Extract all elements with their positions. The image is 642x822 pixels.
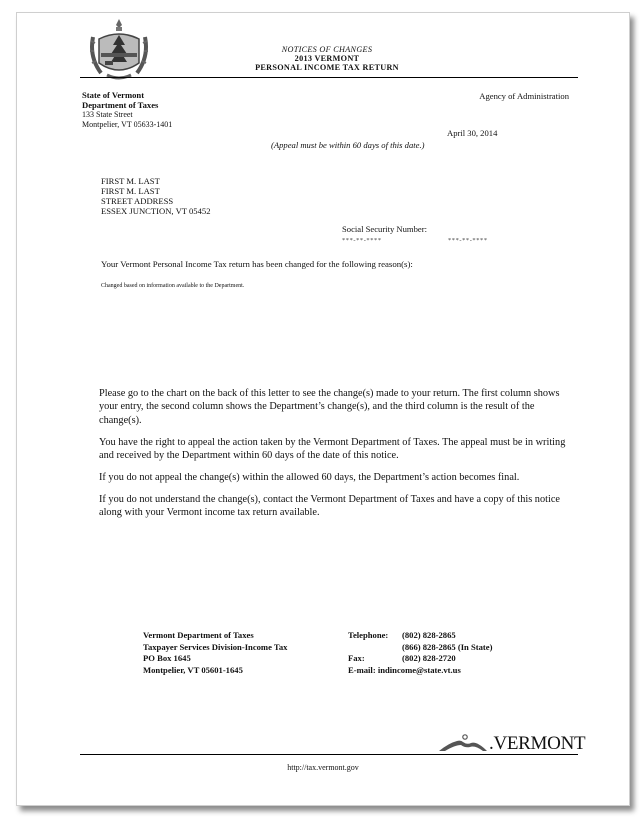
contact-city: Montpelier, VT 05601-1645 — [143, 665, 287, 677]
recipient-name-1: FIRST M. LAST — [101, 176, 211, 186]
telephone-number: (802) 828-2865 — [402, 630, 456, 642]
reason-item: Changed based on information available t… — [101, 283, 244, 289]
mountain-logo-icon — [437, 733, 491, 753]
website-link[interactable]: http://tax.vermont.gov — [17, 763, 629, 772]
reasons-intro: Your Vermont Personal Income Tax return … — [101, 259, 413, 269]
body-paragraph-appeal-right: You have the right to appeal the action … — [99, 436, 569, 463]
document-title: NOTICES OF CHANGES 2013 VERMONT PERSONAL… — [177, 45, 477, 72]
vermont-seal-icon — [89, 17, 149, 83]
telephone-number-in-state: (866) 828-2865 (In State) — [402, 642, 492, 654]
contact-phone-block: Telephone:(802) 828-2865 (866) 828-2865 … — [348, 630, 492, 676]
email-label: E-mail: — [348, 665, 376, 677]
recipient-name-2: FIRST M. LAST — [101, 186, 211, 196]
sender-city: Montpelier, VT 05633-1401 — [82, 120, 172, 130]
ssn-label: Social Security Number: — [342, 224, 427, 234]
title-year: 2013 VERMONT — [177, 54, 477, 63]
sender-department: Department of Taxes — [82, 101, 172, 111]
body-paragraph-chart: Please go to the chart on the back of th… — [99, 387, 569, 427]
footer-divider — [80, 754, 578, 755]
contact-po-box: PO Box 1645 — [143, 653, 287, 665]
vermont-logo-text: .VERMONT — [489, 734, 585, 753]
ssn-secondary: ***-**-**** — [448, 237, 488, 244]
fax-label: Fax: — [348, 653, 402, 665]
letter-body: Please go to the chart on the back of th… — [99, 387, 569, 528]
recipient-street: STREET ADDRESS — [101, 196, 211, 206]
fax-number: (802) 828-2720 — [402, 653, 456, 665]
telephone-label: Telephone: — [348, 630, 402, 642]
header-divider — [80, 77, 578, 78]
agency-label: Agency of Administration — [479, 91, 569, 101]
email-address[interactable]: indincome@state.vt.us — [378, 665, 461, 677]
appeal-note: (Appeal must be within 60 days of this d… — [271, 140, 424, 150]
title-return-type: PERSONAL INCOME TAX RETURN — [177, 63, 477, 72]
vermont-logo: .VERMONT — [437, 727, 585, 753]
body-paragraph-contact: If you do not understand the change(s), … — [99, 493, 569, 520]
contact-division: Taxpayer Services Division-Income Tax — [143, 642, 287, 654]
sender-address: State of Vermont Department of Taxes 133… — [82, 91, 172, 129]
recipient-address: FIRST M. LAST FIRST M. LAST STREET ADDRE… — [101, 176, 211, 216]
contact-address-block: Vermont Department of Taxes Taxpayer Ser… — [143, 630, 287, 676]
ssn-primary: ***-**-**** — [342, 237, 382, 244]
sender-street: 133 State Street — [82, 110, 172, 120]
notice-date: April 30, 2014 — [447, 128, 497, 138]
title-notices-of-changes: NOTICES OF CHANGES — [177, 45, 477, 54]
recipient-city: ESSEX JUNCTION, VT 05452 — [101, 206, 211, 216]
body-paragraph-final: If you do not appeal the change(s) withi… — [99, 471, 569, 484]
contact-org: Vermont Department of Taxes — [143, 630, 287, 642]
notice-letter-page: NOTICES OF CHANGES 2013 VERMONT PERSONAL… — [16, 12, 630, 806]
